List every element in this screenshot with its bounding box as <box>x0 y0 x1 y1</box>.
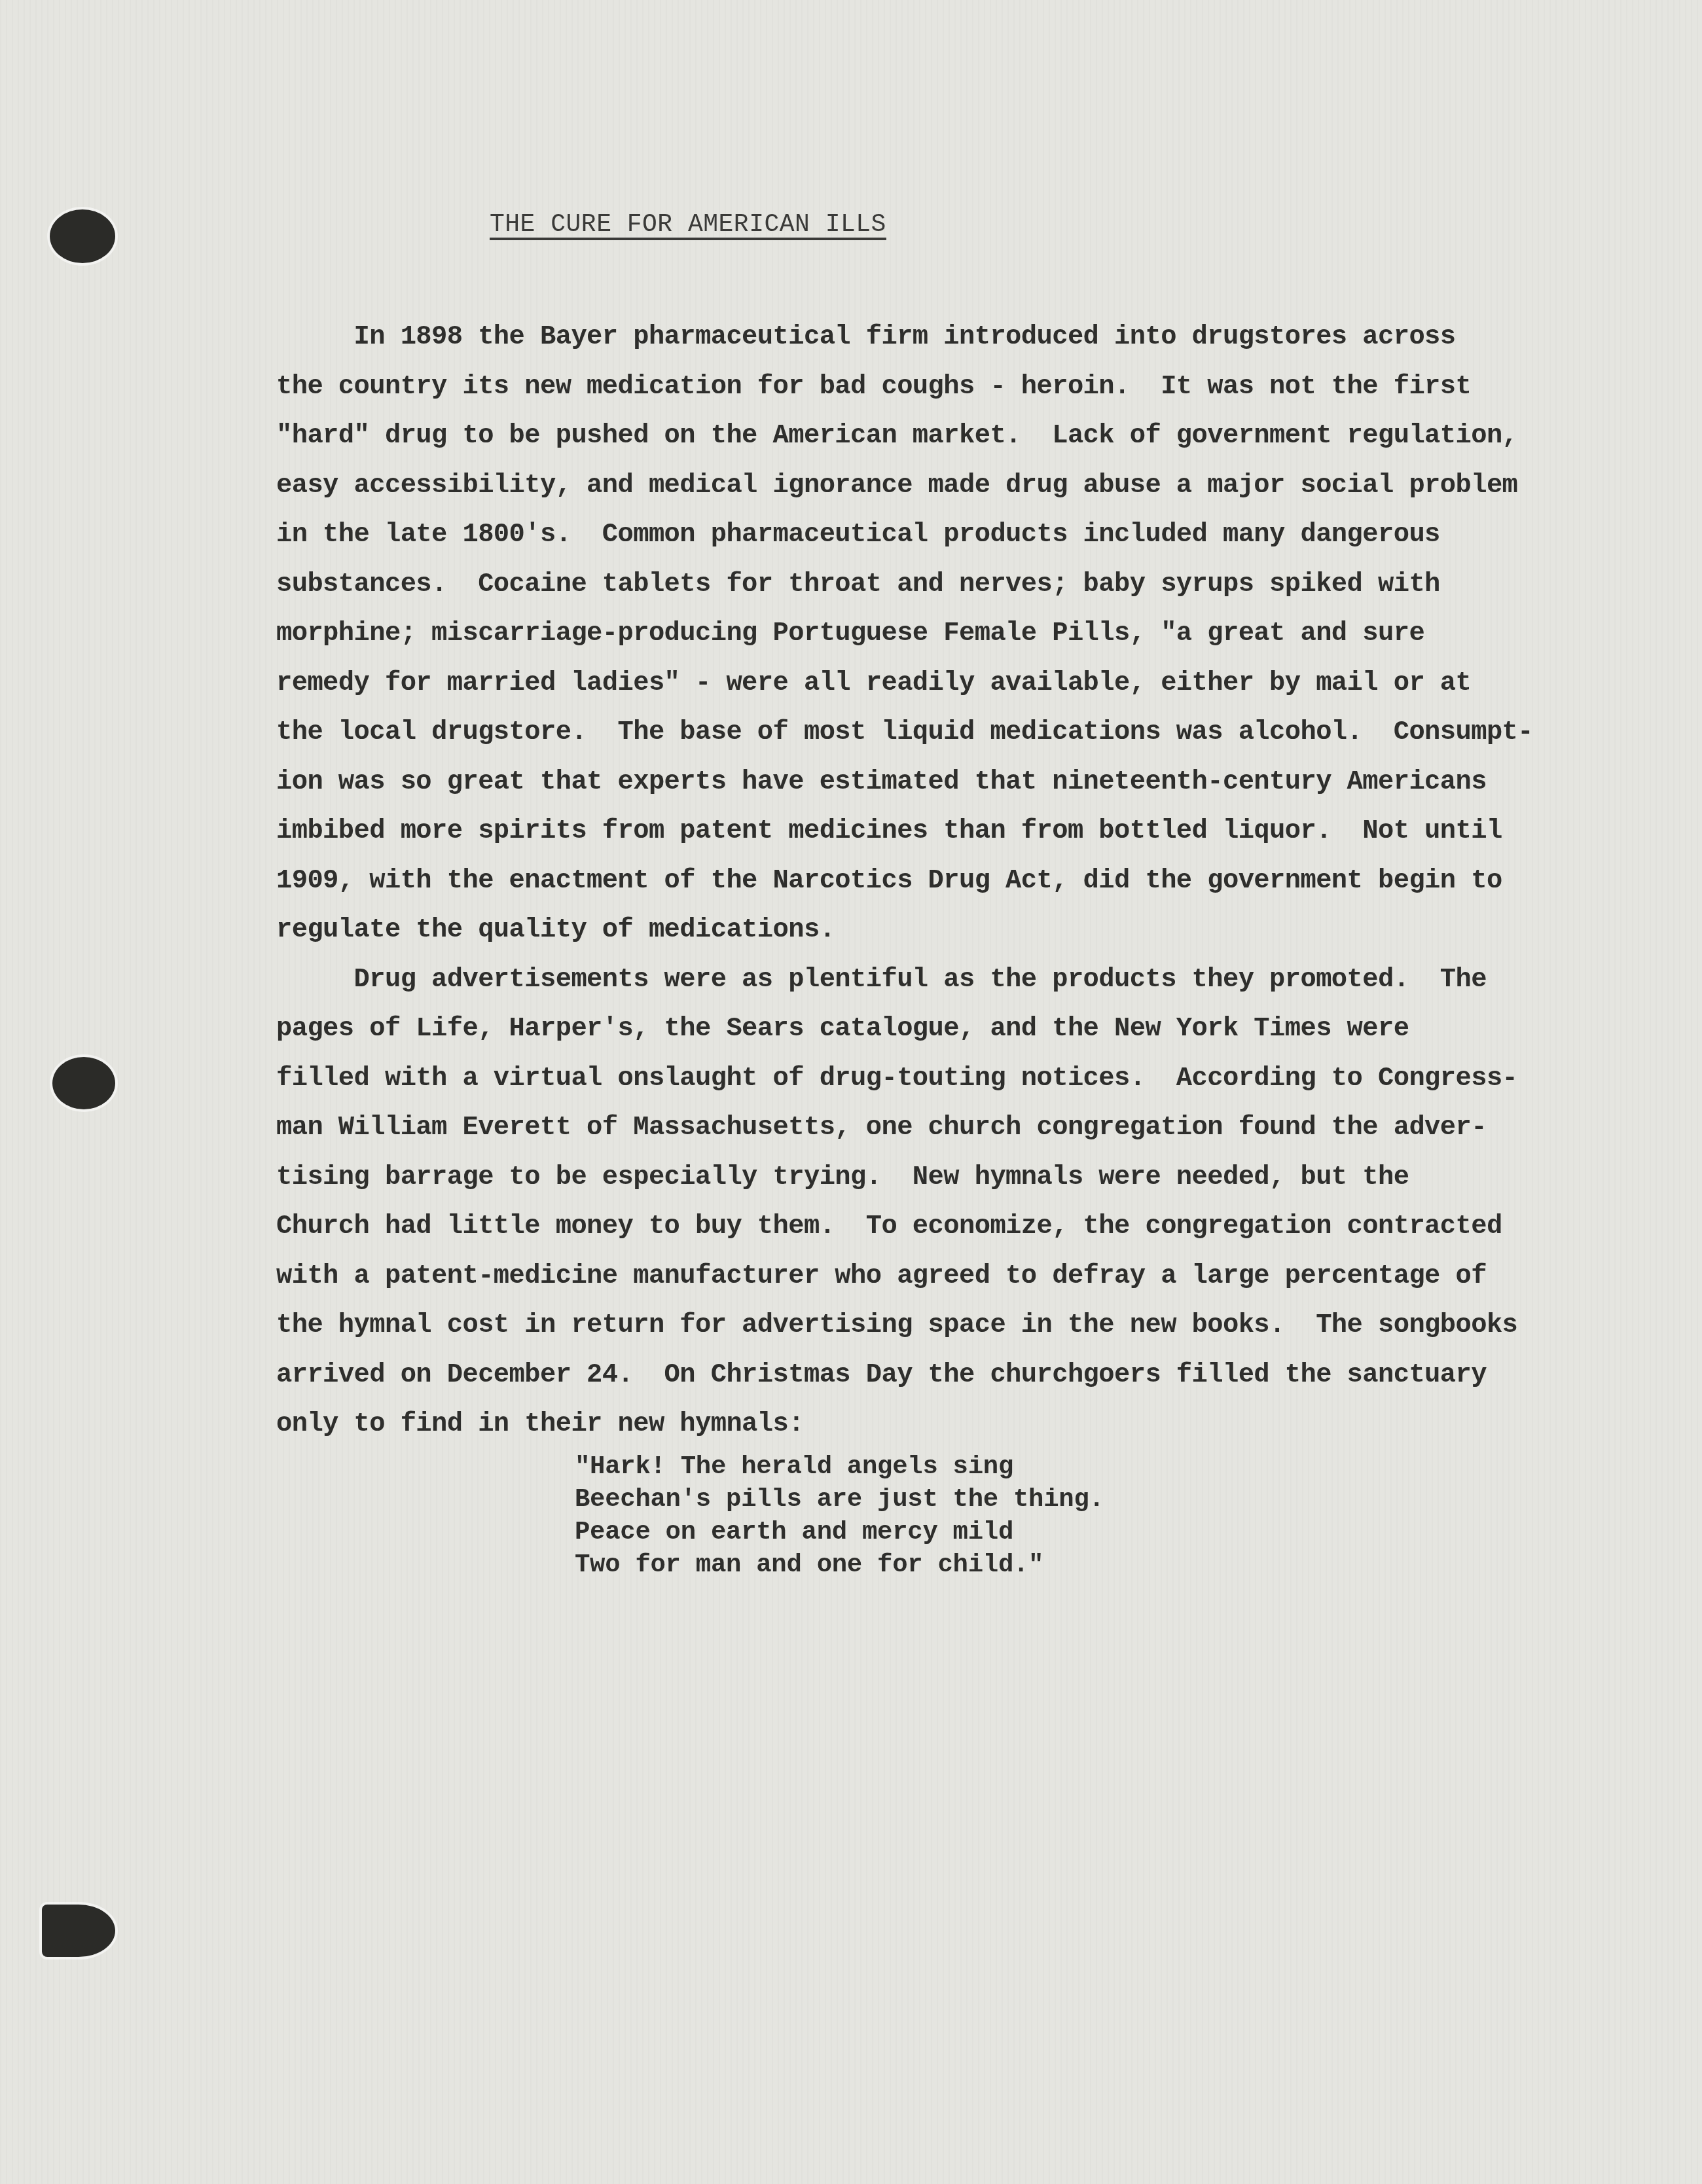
text-line: man William Everett of Massachusetts, on… <box>276 1103 1533 1153</box>
verse-line: Peace on earth and mercy mild <box>575 1516 1104 1548</box>
verse-line: Beechan's pills are just the thing. <box>575 1483 1104 1516</box>
text-line: ion was so great that experts have estim… <box>276 758 1533 808</box>
text-line: Church had little money to buy them. To … <box>276 1202 1533 1252</box>
text-line: filled with a virtual onslaught of drug-… <box>276 1054 1533 1104</box>
typewritten-page: THE CURE FOR AMERICAN ILLS In 1898 the B… <box>0 0 1702 2184</box>
text-line: remedy for married ladies" - were all re… <box>276 659 1533 709</box>
text-line: imbibed more spirits from patent medicin… <box>276 807 1533 857</box>
text-line: in the late 1800's. Common pharmaceutica… <box>276 510 1533 560</box>
paragraph-2: Drug advertisements were as plentiful as… <box>276 956 1533 1450</box>
document-body: In 1898 the Bayer pharmaceutical firm in… <box>276 313 1533 1450</box>
text-line: the hymnal cost in return for advertisin… <box>276 1301 1533 1351</box>
document-title: THE CURE FOR AMERICAN ILLS <box>490 211 886 239</box>
text-line: tising barrage to be especially trying. … <box>276 1153 1533 1203</box>
text-line: "hard" drug to be pushed on the American… <box>276 412 1533 461</box>
binder-punch-hole-top <box>50 209 115 263</box>
binder-punch-hole-middle <box>52 1057 115 1109</box>
text-line: easy accessibility, and medical ignoranc… <box>276 461 1533 511</box>
hymnal-verse-quote: "Hark! The herald angels sing Beechan's … <box>575 1450 1104 1581</box>
verse-line: "Hark! The herald angels sing <box>575 1450 1104 1483</box>
text-line: regulate the quality of medications. <box>276 906 1533 956</box>
text-line: Drug advertisements were as plentiful as… <box>276 956 1533 1005</box>
text-line: the country its new medication for bad c… <box>276 363 1533 412</box>
text-line: In 1898 the Bayer pharmaceutical firm in… <box>276 313 1533 363</box>
text-line: with a patent-medicine manufacturer who … <box>276 1252 1533 1302</box>
text-line: arrived on December 24. On Christmas Day… <box>276 1351 1533 1401</box>
text-line: the local drugstore. The base of most li… <box>276 708 1533 758</box>
text-line: 1909, with the enactment of the Narcotic… <box>276 857 1533 906</box>
text-line: only to find in their new hymnals: <box>276 1400 1533 1450</box>
binder-punch-hole-bottom <box>42 1905 115 1957</box>
verse-line: Two for man and one for child." <box>575 1548 1104 1581</box>
text-line: pages of Life, Harper's, the Sears catal… <box>276 1005 1533 1054</box>
text-line: substances. Cocaine tablets for throat a… <box>276 560 1533 610</box>
paragraph-1: In 1898 the Bayer pharmaceutical firm in… <box>276 313 1533 956</box>
text-line: morphine; miscarriage-producing Portugue… <box>276 609 1533 659</box>
